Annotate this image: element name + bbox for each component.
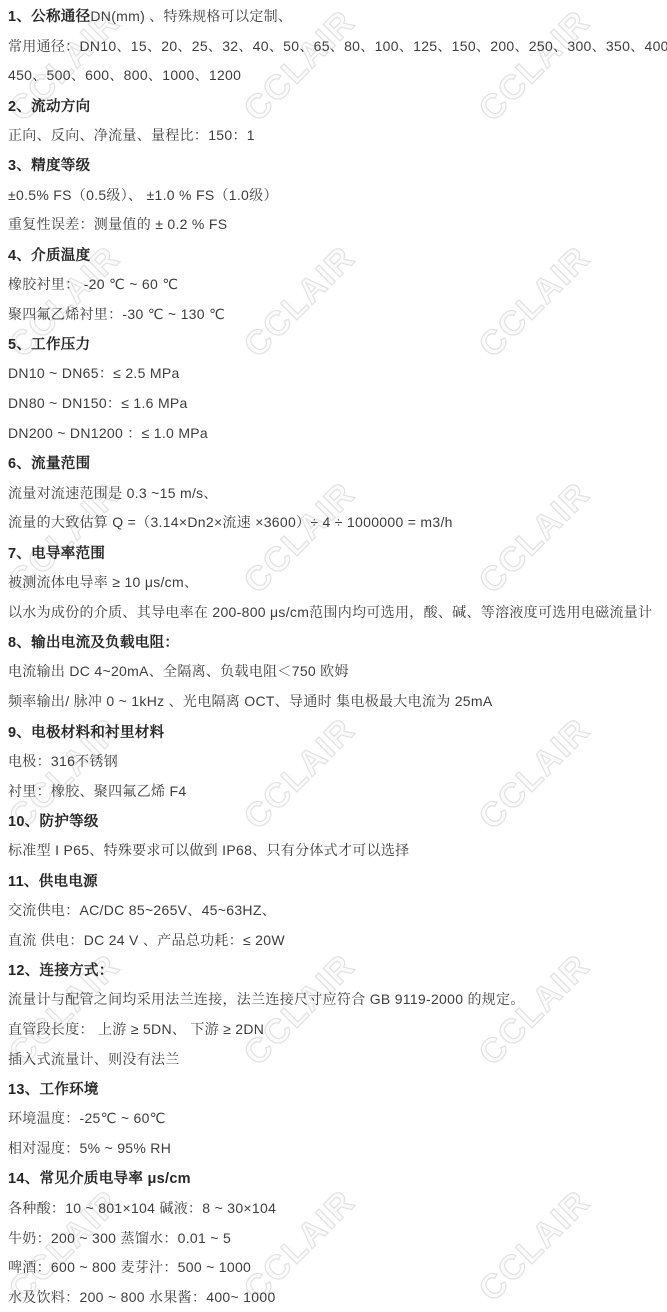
section-title: 供电电源 <box>39 870 98 891</box>
spec-document: 1、公称通径DN(mm) 、特殊规格可以定制、常用通径：DN10、15、20、2… <box>0 0 667 1312</box>
spec-line: 聚四氟乙烯衬里：-30 ℃ ~ 130 ℃ <box>8 299 659 329</box>
section-title-suffix: DN(mm) 、特殊规格可以定制、 <box>90 6 292 26</box>
section-number: 14、 <box>8 1167 40 1188</box>
spec-line: 衬里：橡胶、聚四氟乙烯 F4 <box>8 776 659 806</box>
spec-line: 各种酸：10 ~ 801×104 碱液：8 ~ 30×104 <box>8 1193 659 1223</box>
spec-line: 交流供电：AC/DC 85~265V、45~63HZ、 <box>8 895 659 925</box>
spec-section: 5、工作压力DN10 ~ DN65：≤ 2.5 MPaDN80 ~ DN150：… <box>8 329 659 448</box>
spec-line: 直流 供电：DC 24 V 、产品总功耗：≤ 20W <box>8 925 659 955</box>
spec-line: 标准型 I P65、特殊要求可以做到 IP68、只有分体式才可以选择 <box>8 835 659 865</box>
section-heading: 13、工作环境 <box>8 1074 659 1104</box>
section-heading: 11、供电电源 <box>8 865 659 895</box>
spec-section: 10、防护等级标准型 I P65、特殊要求可以做到 IP68、只有分体式才可以选… <box>8 806 659 866</box>
section-title: 精度等级 <box>31 154 90 175</box>
section-number: 4、 <box>8 244 31 265</box>
section-title: 公称通径 <box>31 5 90 26</box>
spec-line: 环境温度：-25℃ ~ 60℃ <box>8 1103 659 1133</box>
spec-line: 常用通径：DN10、15、20、25、32、40、50、65、80、100、12… <box>8 31 659 61</box>
spec-line: 插入式流量计、则没有法兰 <box>8 1044 659 1074</box>
spec-line: 牛奶：200 ~ 300 蒸馏水：0.01 ~ 5 <box>8 1223 659 1253</box>
spec-section: 4、介质温度橡胶衬里： -20 ℃ ~ 60 ℃聚四氟乙烯衬里：-30 ℃ ~ … <box>8 239 659 328</box>
section-title: 工作环境 <box>40 1078 99 1099</box>
spec-section: 6、流量范围流量对流速范围是 0.3 ~15 m/s、流量的大致估算 Q =（3… <box>8 448 659 537</box>
section-number: 1、 <box>8 5 31 26</box>
spec-line: 相对湿度：5% ~ 95% RH <box>8 1133 659 1163</box>
spec-line: 流量对流速范围是 0.3 ~15 m/s、 <box>8 478 659 508</box>
spec-line: ±0.5% FS（0.5级）、 ±1.0 % FS（1.0级） <box>8 180 659 210</box>
section-title: 介质温度 <box>31 244 90 265</box>
spec-line: 以水为成份的介质、其导电率在 200-800 μs/cm范围内均可选用，酸、碱、… <box>8 597 659 627</box>
spec-section: 2、流动方向正向、反向、净流量、量程比：150：1 <box>8 90 659 150</box>
spec-line: 直管段长度： 上游 ≥ 5DN、 下游 ≥ 2DN <box>8 1014 659 1044</box>
spec-line: 啤酒：600 ~ 800 麦芽汁：500 ~ 1000 <box>8 1252 659 1282</box>
section-heading: 7、电导率范围 <box>8 537 659 567</box>
section-heading: 5、工作压力 <box>8 329 659 359</box>
section-number: 2、 <box>8 95 31 116</box>
section-heading: 4、介质温度 <box>8 239 659 269</box>
spec-line: 流量计与配管之间均采用法兰连接，法兰连接尺寸应符合 GB 9119-2000 的… <box>8 984 659 1014</box>
section-number: 10、 <box>8 810 40 831</box>
section-heading: 3、精度等级 <box>8 150 659 180</box>
section-heading: 8、输出电流及负载电阻： <box>8 627 659 657</box>
section-heading: 2、流动方向 <box>8 90 659 120</box>
section-title: 防护等级 <box>40 810 99 831</box>
section-heading: 14、常见介质电导率 μs/cm <box>8 1163 659 1193</box>
section-title: 流量范围 <box>31 452 90 473</box>
section-heading: 1、公称通径DN(mm) 、特殊规格可以定制、 <box>8 1 659 31</box>
section-title: 工作压力 <box>31 333 90 354</box>
spec-section: 14、常见介质电导率 μs/cm各种酸：10 ~ 801×104 碱液：8 ~ … <box>8 1163 659 1312</box>
spec-section: 7、电导率范围被测流体电导率 ≥ 10 μs/cm、以水为成份的介质、其导电率在… <box>8 537 659 626</box>
spec-line: DN80 ~ DN150：≤ 1.6 MPa <box>8 388 659 418</box>
spec-section: 11、供电电源交流供电：AC/DC 85~265V、45~63HZ、直流 供电：… <box>8 865 659 954</box>
spec-line: 电极：316不锈钢 <box>8 746 659 776</box>
spec-section: 12、连接方式：流量计与配管之间均采用法兰连接，法兰连接尺寸应符合 GB 911… <box>8 955 659 1074</box>
section-title: 电极材料和衬里材料 <box>31 721 164 742</box>
spec-line: 被测流体电导率 ≥ 10 μs/cm、 <box>8 567 659 597</box>
spec-line: 橡胶衬里： -20 ℃ ~ 60 ℃ <box>8 269 659 299</box>
spec-line: DN10 ~ DN65：≤ 2.5 MPa <box>8 359 659 389</box>
spec-section: 13、工作环境环境温度：-25℃ ~ 60℃相对湿度：5% ~ 95% RH <box>8 1074 659 1163</box>
section-heading: 6、流量范围 <box>8 448 659 478</box>
spec-line: 流量的大致估算 Q =（3.14×Dn2×流速 ×3600）÷ 4 ÷ 1000… <box>8 508 659 538</box>
section-title: 输出电流及负载电阻： <box>31 631 179 652</box>
section-number: 3、 <box>8 154 31 175</box>
spec-line: 频率输出/ 脉冲 0 ~ 1kHz 、光电隔离 OCT、导通时 集电极最大电流为… <box>8 686 659 716</box>
section-title: 常见介质电导率 μs/cm <box>40 1167 191 1188</box>
section-number: 8、 <box>8 631 31 652</box>
section-number: 7、 <box>8 542 31 563</box>
page: { "watermark": { "text": "CCLAIR", "colo… <box>0 0 667 1312</box>
section-number: 11、 <box>8 870 39 891</box>
spec-section: 8、输出电流及负载电阻：电流输出 DC 4~20mA、全隔离、负载电阻＜750 … <box>8 627 659 716</box>
spec-line: 450、500、600、800、1000、1200 <box>8 61 659 91</box>
section-number: 12、 <box>8 959 40 980</box>
section-number: 6、 <box>8 452 31 473</box>
spec-line: 电流输出 DC 4~20mA、全隔离、负载电阻＜750 欧姆 <box>8 657 659 687</box>
section-title: 流动方向 <box>31 95 90 116</box>
spec-section: 9、电极材料和衬里材料电极：316不锈钢衬里：橡胶、聚四氟乙烯 F4 <box>8 716 659 805</box>
spec-section: 1、公称通径DN(mm) 、特殊规格可以定制、常用通径：DN10、15、20、2… <box>8 1 659 90</box>
spec-line: 重复性误差：测量值的 ± 0.2 % FS <box>8 210 659 240</box>
section-title: 电导率范围 <box>31 542 105 563</box>
section-heading: 10、防护等级 <box>8 806 659 836</box>
section-number: 13、 <box>8 1078 40 1099</box>
section-heading: 9、电极材料和衬里材料 <box>8 716 659 746</box>
section-heading: 12、连接方式： <box>8 955 659 985</box>
spec-line: DN200 ~ DN1200 ：≤ 1.0 MPa <box>8 418 659 448</box>
spec-line: 水及饮料：200 ~ 800 水果酱：400~ 1000 <box>8 1282 659 1312</box>
spec-line: 正向、反向、净流量、量程比：150：1 <box>8 120 659 150</box>
spec-section: 3、精度等级±0.5% FS（0.5级）、 ±1.0 % FS（1.0级）重复性… <box>8 150 659 239</box>
section-title: 连接方式： <box>40 959 114 980</box>
section-number: 9、 <box>8 721 31 742</box>
section-number: 5、 <box>8 333 31 354</box>
